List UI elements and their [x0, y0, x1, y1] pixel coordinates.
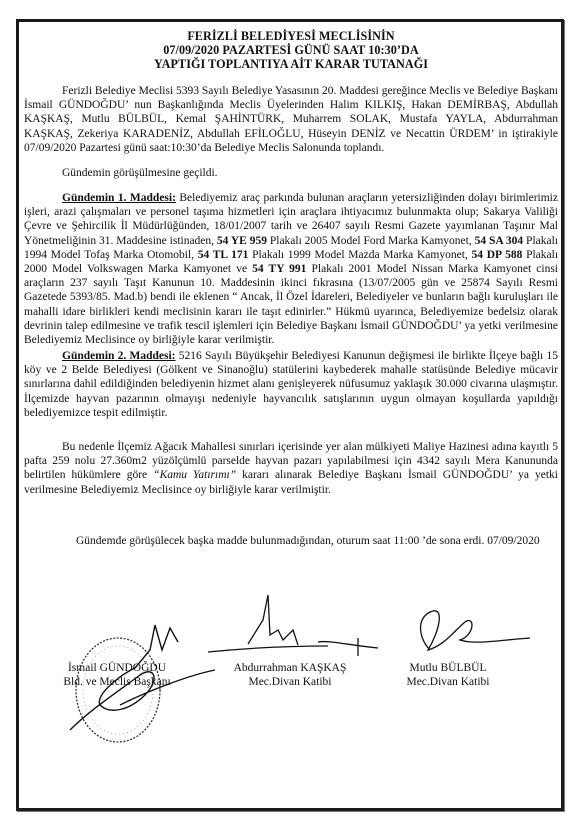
signature-block-clerk-1: Abdurrahman KAŞKAŞ Mec.Divan Katibi: [223, 662, 357, 689]
agenda-item-2-heading: Gündemin 2. Maddesi:: [62, 350, 176, 362]
title-line-2: 07/09/2020 PAZARTESİ GÜNÜ SAAT 10:30’DA: [0, 43, 582, 57]
title-line-3: YAPTIĞI TOPLANTIYA AİT KARAR TUTANAĞI: [0, 57, 582, 71]
plate-number: 54 TL 171: [198, 249, 249, 261]
closing-text: Gündemde görüşülecek başka madde bulunma…: [24, 534, 558, 548]
document-title: FERİZLİ BELEDİYESİ MECLİSİNİN 07/09/2020…: [0, 29, 582, 72]
intro-paragraph: Ferizli Belediye Meclisi 5393 Sayılı Bel…: [24, 84, 558, 155]
signatory-title: Mec.Divan Katibi: [392, 676, 504, 690]
signatory-title: Mec.Divan Katibi: [223, 676, 357, 690]
agenda-item-2-decision: Bu nedenle İlçemiz Ağacık Mahallesi sını…: [24, 440, 558, 497]
signatory-name: İsmail GÜNDOĞDU: [62, 662, 172, 676]
agenda-item-1: Gündemin 1. Maddesi: Belediyemiz araç pa…: [24, 191, 558, 347]
signature-bulbul-icon: [400, 600, 550, 660]
signature-block-clerk-2: Mutlu BÜLBÜL Mec.Divan Katibi: [392, 662, 504, 689]
agenda-item-2: Gündemin 2. Maddesi: 5216 Sayılı Büyükşe…: [24, 349, 558, 420]
signatory-name: Mutlu BÜLBÜL: [392, 662, 504, 676]
plate-number: 54 YE 959: [217, 235, 267, 247]
intro-text: Ferizli Belediye Meclisi 5393 Sayılı Bel…: [24, 84, 558, 155]
signature-kaskas-icon: [208, 590, 378, 670]
signature-block-chairman: İsmail GÜNDOĞDU Bld. ve Meclis Başkanı: [62, 662, 172, 689]
closing-paragraph: Gündemde görüşülecek başka madde bulunma…: [24, 534, 558, 548]
plate-number: 54 DP 588: [471, 249, 522, 261]
plate-number: 54 TY 991: [252, 263, 306, 275]
agenda-start-paragraph: Gündemin görüşülmesine geçildi.: [24, 166, 558, 180]
agenda-item-1-heading: Gündemin 1. Maddesi:: [62, 192, 176, 204]
agenda-start-text: Gündemin görüşülmesine geçildi.: [24, 166, 558, 180]
signatory-name: Abdurrahman KAŞKAŞ: [223, 662, 357, 676]
signatory-title: Bld. ve Meclis Başkanı: [62, 676, 172, 690]
title-line-1: FERİZLİ BELEDİYESİ MECLİSİNİN: [0, 29, 582, 43]
plate-number: 54 SA 304: [475, 235, 524, 247]
